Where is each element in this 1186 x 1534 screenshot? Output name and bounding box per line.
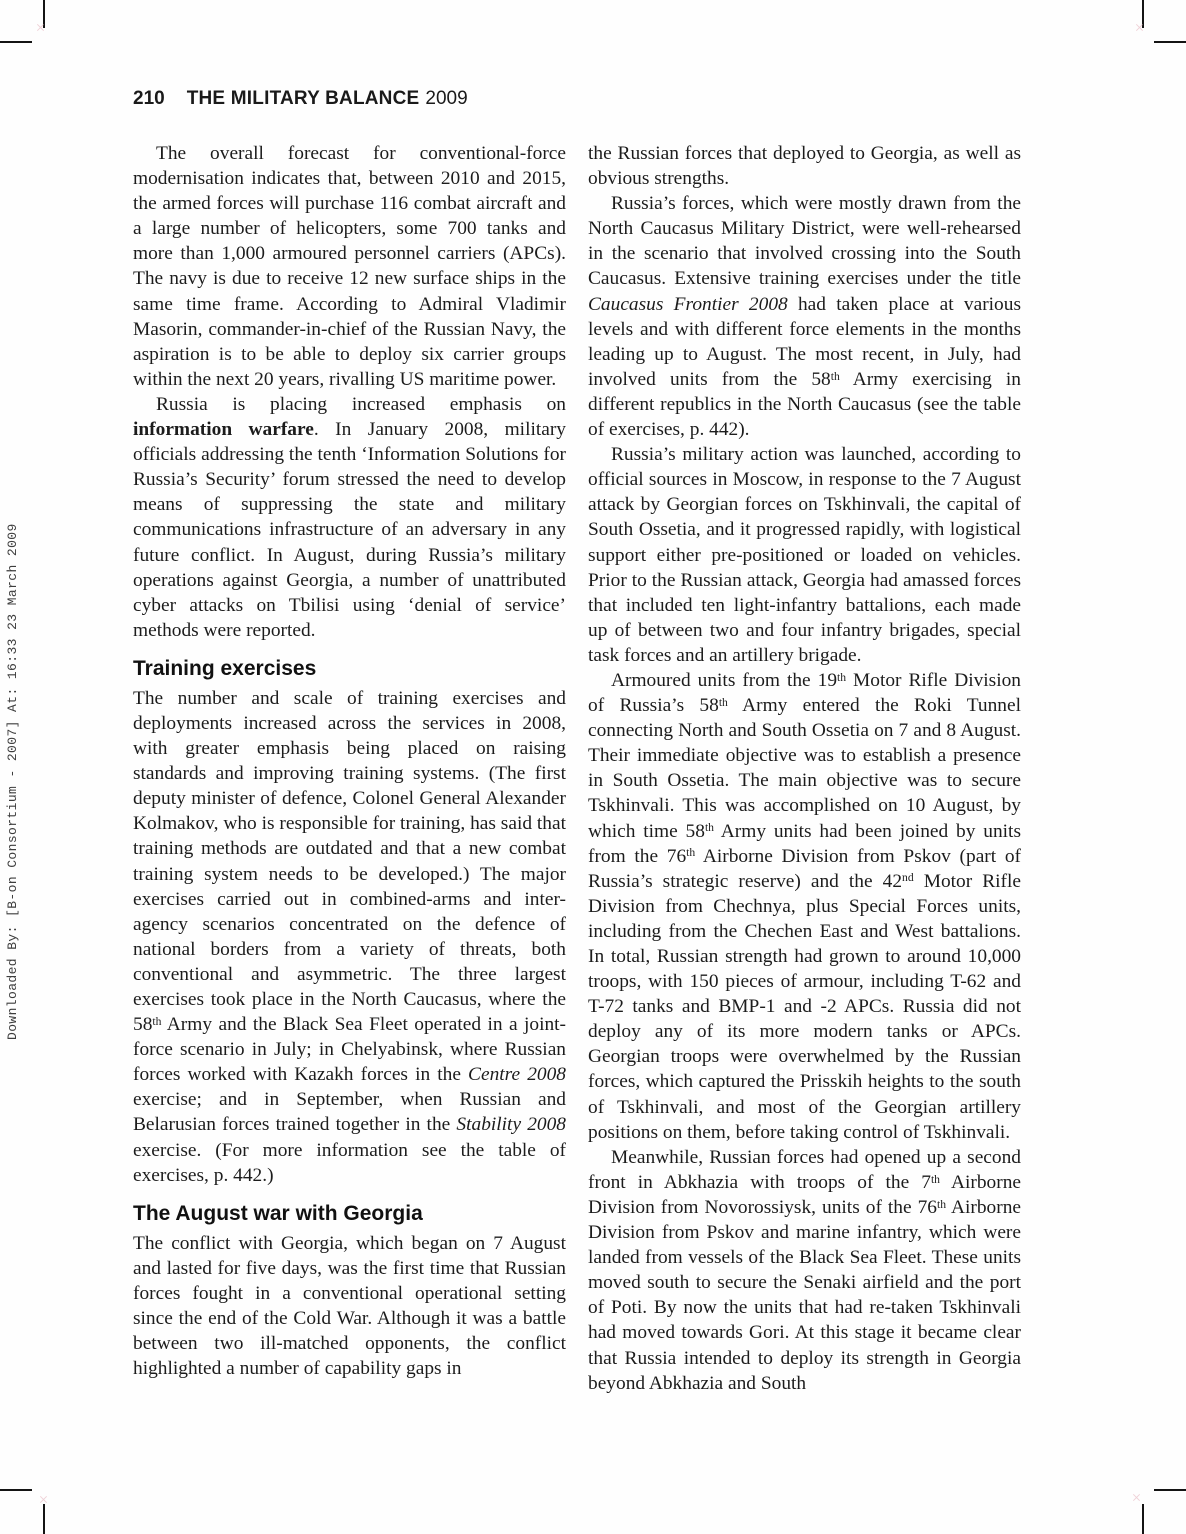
paragraph: The overall forecast for conventional-fo… bbox=[133, 141, 566, 392]
paragraph: Meanwhile, Russian forces had opened up … bbox=[588, 1145, 1021, 1396]
text-segment: exercise. (For more information see the … bbox=[133, 1140, 566, 1186]
paragraph: Russia’s forces, which were mostly drawn… bbox=[588, 191, 1021, 442]
paragraph: Russia is placing increased emphasis on … bbox=[133, 392, 566, 643]
paragraph: the Russian forces that deployed to Geor… bbox=[588, 141, 1021, 191]
scanned-page: Downloaded By: [B-on Consortium - 2007] … bbox=[0, 0, 1186, 1534]
text-segment: . In January 2008, military officials ad… bbox=[133, 419, 566, 641]
crop-mark-bottom-left-horizontal bbox=[0, 1489, 32, 1491]
text-segment: 58 bbox=[811, 369, 830, 390]
text-segment: Armoured units from the 19 bbox=[611, 670, 837, 691]
text-segment: Russia’s military action was launched, a… bbox=[588, 444, 1021, 666]
publication-year: 2009 bbox=[425, 88, 467, 109]
text-segment: Russia’s forces, which were mostly drawn… bbox=[588, 193, 1021, 289]
download-stamp: Downloaded By: [B-on Consortium - 2007] … bbox=[5, 523, 20, 1040]
text-segment: th bbox=[837, 671, 846, 684]
text-segment: th bbox=[831, 370, 840, 383]
page-number: 210 bbox=[133, 88, 165, 109]
text-segment: Airborne Division from Pskov and marine … bbox=[588, 1197, 1021, 1394]
registration-mark-icon bbox=[39, 1495, 48, 1504]
crop-mark-bottom-right-horizontal bbox=[1154, 1489, 1186, 1491]
paragraph: Russia’s military action was launched, a… bbox=[588, 442, 1021, 668]
text-segment: th bbox=[719, 696, 728, 709]
paragraph: The number and scale of training exercis… bbox=[133, 686, 566, 1188]
paragraph: Armoured units from the 19th Motor Rifle… bbox=[588, 668, 1021, 1145]
section-heading: Training exercises bbox=[133, 656, 566, 682]
text-segment: nd bbox=[902, 871, 914, 884]
page-header: 210THE MILITARY BALANCE2009 bbox=[133, 88, 468, 110]
text-segment: The overall forecast for conventional-fo… bbox=[133, 143, 566, 390]
text-segment: th bbox=[931, 1173, 940, 1186]
text-segment: th bbox=[152, 1015, 161, 1028]
text-segment: 58 bbox=[133, 1014, 152, 1035]
crop-mark-top-right-horizontal bbox=[1154, 41, 1186, 43]
text-segment: th bbox=[705, 821, 714, 834]
left-column: The overall forecast for conventional-fo… bbox=[133, 141, 566, 1381]
text-segment: Centre 2008 bbox=[468, 1064, 566, 1085]
text-segment: Motor Rifle Division from Chechnya, plus… bbox=[588, 871, 1021, 1143]
right-column: the Russian forces that deployed to Geor… bbox=[588, 141, 1021, 1396]
text-segment: The number and scale of training exercis… bbox=[133, 688, 566, 1010]
text-segment: The conflict with Georgia, which began o… bbox=[133, 1233, 566, 1379]
text-segment: Caucasus Frontier 2008 bbox=[588, 294, 788, 315]
crop-mark-bottom-left-vertical bbox=[43, 1504, 45, 1534]
text-segment: the Russian forces that deployed to Geor… bbox=[588, 143, 1021, 189]
crop-mark-bottom-right-vertical bbox=[1142, 1504, 1144, 1534]
crop-mark-top-left-horizontal bbox=[0, 41, 32, 43]
section-heading: The August war with Georgia bbox=[133, 1201, 566, 1227]
registration-mark-icon bbox=[36, 23, 45, 32]
registration-mark-icon bbox=[1135, 23, 1144, 32]
publication-title: THE MILITARY BALANCE bbox=[187, 88, 420, 109]
paragraph: The conflict with Georgia, which began o… bbox=[133, 1231, 566, 1382]
text-segment: th bbox=[937, 1198, 946, 1211]
text-segment: information warfare bbox=[133, 419, 314, 440]
registration-mark-icon bbox=[1132, 1493, 1141, 1502]
text-segment: th bbox=[686, 846, 695, 859]
text-segment: Stability 2008 bbox=[456, 1114, 566, 1135]
text-segment: Russia is placing increased emphasis on bbox=[156, 394, 566, 415]
